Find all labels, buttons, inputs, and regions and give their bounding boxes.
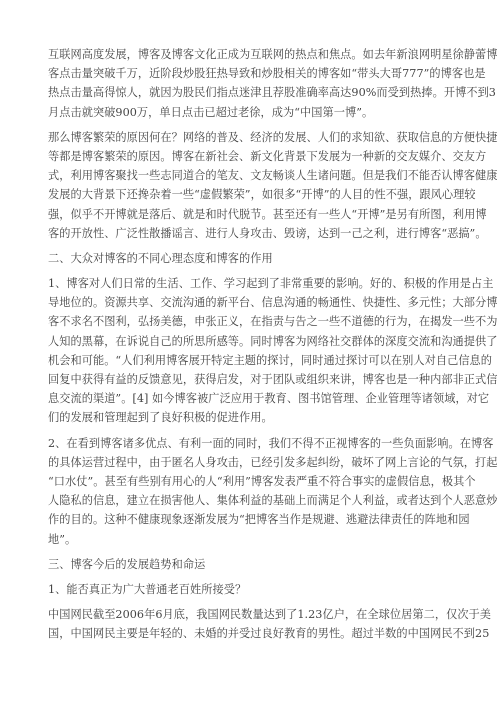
- text-line: 地”。: [48, 530, 458, 549]
- section-heading-3: 三、博客今后的发展趋势和命运: [48, 555, 458, 574]
- heading-text: 1、能否真正为广大普通老百姓所接受？: [48, 580, 458, 599]
- text-line: 导地位的。资源共享、交流沟通的新平台、信息沟通的畅通性、快捷性、多元性；大部分博: [48, 293, 458, 312]
- text-line: 机会和可能。“人们利用博客展开特定主题的探讨，同时通过探讨可以在别人对自己信息的: [48, 351, 458, 370]
- text-line: 作的目的。这种不健康现象逐渐发展为“把博客当作是规避、逃避法律责任的阵地和园: [48, 510, 458, 529]
- text-line: 强，似乎不开博就是落后、就是和时代脱节。甚至还有一些人“开博”是另有所图，利用博: [48, 205, 458, 224]
- subsection-heading-3-1: 1、能否真正为广大普通老百姓所接受？: [48, 580, 458, 599]
- paragraph-netizen-stats: 中国网民截至2006年6月底，我国网民数量达到了1.23亿户，在全球位居第二，仅…: [48, 605, 458, 643]
- text-line: 发展的大背景下还搀杂着一些“虚假繁荣”，如很多“开博”的人目的性不强，跟风心理较: [48, 185, 458, 204]
- heading-text: 三、博客今后的发展趋势和命运: [48, 555, 458, 574]
- text-line: 2、在看到博客诸多优点、有利一面的同时，我们不得不正视博客的一些负面影响。在博客: [48, 434, 458, 453]
- text-line: 互联网高度发展，博客及博客文化正成为互联网的热点和焦点。如去年新浪网明星徐静蕾博: [48, 45, 458, 64]
- text-line: 人隐私的信息，建立在损害他人、集体利益的基础上而满足个人利益，或者达到个人恶意炒: [48, 491, 458, 510]
- text-line: 热点击量高得惊人，就因为股民们指点迷津且荐股准确率高达90%而受到热捧。开博不到…: [48, 83, 458, 102]
- text-line: 客点击量突破千万，近阶段炒股狂热导致和炒股相关的博客如“带头大哥777”的博客也…: [48, 64, 458, 83]
- text-line: 月点击就突破900万，单日点击已超过老徐，成为“中国第一博”。: [48, 103, 458, 122]
- text-line: 人知的黑幕，在诉说自己的所思所感等。同时博客为网络社交群体的深度交流和沟通提供了: [48, 332, 458, 351]
- text-line: 息交流的渠道”。[4] 如今博客被广泛应用于教育、图书馆管理、企业管理等诸领域，…: [48, 389, 458, 408]
- text-line: 那么博客繁荣的原因何在？网络的普及、经济的发展、人们的求知欲、获取信息的方便快捷: [48, 128, 458, 147]
- paragraph-prosperity-reasons: 那么博客繁荣的原因何在？网络的普及、经济的发展、人们的求知欲、获取信息的方便快捷…: [48, 128, 458, 243]
- paragraph-blog-popularity: 互联网高度发展，博客及博客文化正成为互联网的热点和焦点。如去年新浪网明星徐静蕾博…: [48, 45, 458, 122]
- text-line: 回复中获得有益的反馈意见，获得启发，对于团队或组织来讲，博客也是一种内部非正式信: [48, 370, 458, 389]
- text-line: “口水仗”。甚至有些别有用心的人“利用”博客发表严重不符合事实的虚假信息，极其个: [48, 472, 458, 491]
- text-line: 客不求名不图利，弘扬美德，申张正义，在指责与告之一些不道德的行为，在揭发一些不为: [48, 312, 458, 331]
- text-line: 中国网民截至2006年6月底，我国网民数量达到了1.23亿户，在全球位居第二，仅…: [48, 605, 458, 624]
- paragraph-negative-effects: 2、在看到博客诸多优点、有利一面的同时，我们不得不正视博客的一些负面影响。在博客…: [48, 434, 458, 549]
- section-heading-2: 二、大众对博客的不同心理态度和博客的作用: [48, 249, 458, 268]
- text-line: 1、博客对人们日常的生活、工作、学习起到了非常重要的影响。好的、积极的作用是占主: [48, 274, 458, 293]
- text-line: 国，中国网民主要是年轻的、未婚的并受过良好教育的男性。超过半数的中国网民不到25: [48, 624, 458, 643]
- text-line: 客的开放性、广泛性散播谣言、进行人身攻击、毁谤，达到一己之利，进行博客“恶搞”。: [48, 224, 458, 243]
- text-line: 们的发展和管理起到了良好积极的促进作用。: [48, 408, 458, 427]
- text-line: 的具体运营过程中，由于匿名人身攻击，已经引发多起纠纷，破坏了网上言论的气氛，打起: [48, 453, 458, 472]
- text-line: 式，利用博客聚找一些志同道合的笔友、文友畅谈人生诸问题。但是我们不能否认博客健康: [48, 166, 458, 185]
- heading-text: 二、大众对博客的不同心理态度和博客的作用: [48, 249, 458, 268]
- text-line: 等都是博客繁荣的原因。博客在新社会、新文化背景下发展为一种新的交友媒介、交友方: [48, 147, 458, 166]
- paragraph-positive-effects: 1、博客对人们日常的生活、工作、学习起到了非常重要的影响。好的、积极的作用是占主…: [48, 274, 458, 428]
- document-page: 互联网高度发展，博客及博客文化正成为互联网的热点和焦点。如去年新浪网明星徐静蕾博…: [48, 45, 458, 649]
